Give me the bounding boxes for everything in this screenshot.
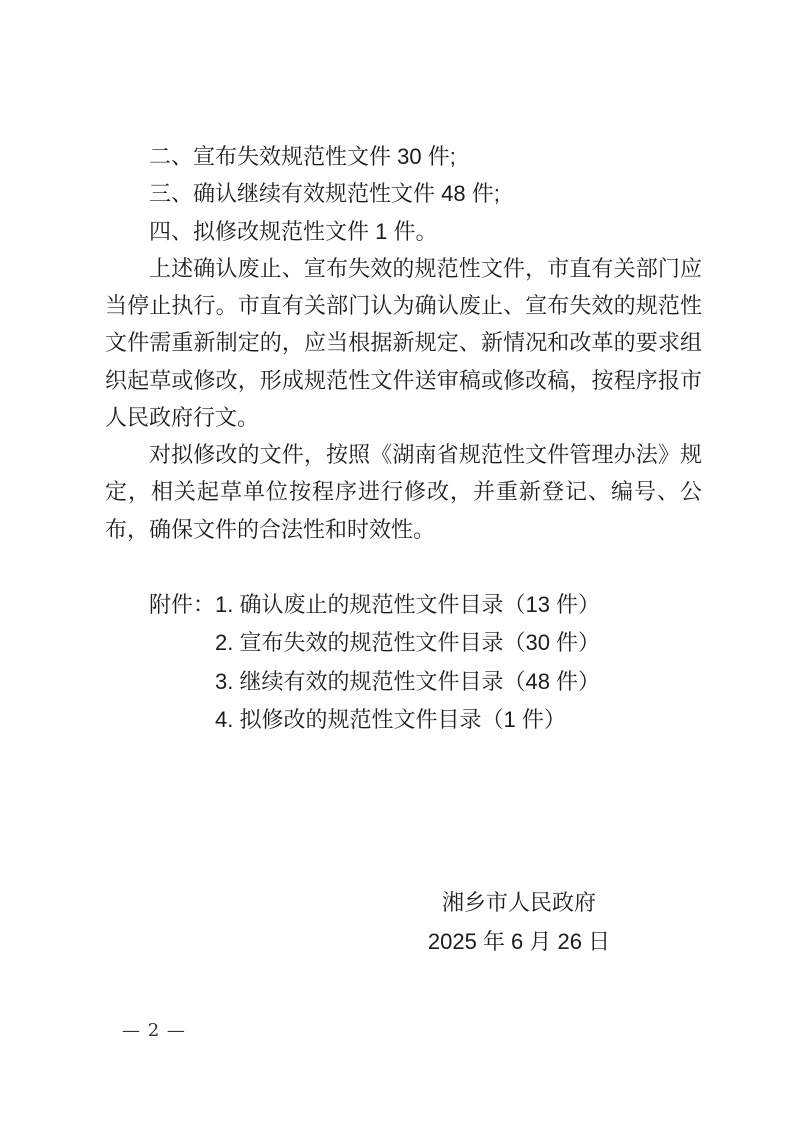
paragraph-amendment-procedure: 对拟修改的文件，按照《湖南省规范性文件管理办法》规定，相关起草单位按程序进行修改…: [105, 436, 702, 548]
issuer-name: 湘乡市人民政府: [244, 884, 794, 923]
attachment-item-2: 2. 宣布失效的规范性文件目录（30 件）: [215, 624, 702, 663]
list-item-confirm-valid: 三、确认继续有效规范性文件 48 件;: [105, 175, 702, 212]
list-item-to-amend: 四、拟修改规范性文件 1 件。: [105, 213, 702, 250]
attachment-item-1: 1. 确认废止的规范性文件目录（13 件）: [215, 586, 702, 625]
paragraph-enforcement: 上述确认废止、宣布失效的规范性文件，市直有关部门应当停止执行。市直有关部门认为确…: [105, 250, 702, 436]
document-page: 二、宣布失效规范性文件 30 件; 三、确认继续有效规范性文件 48 件; 四、…: [0, 0, 794, 1122]
attachment-item-4: 4. 拟修改的规范性文件目录（1 件）: [215, 701, 702, 740]
document-body: 二、宣布失效规范性文件 30 件; 三、确认继续有效规范性文件 48 件; 四、…: [105, 138, 702, 740]
page-number: — 2 —: [122, 1020, 186, 1041]
attachment-item-3: 3. 继续有效的规范性文件目录（48 件）: [215, 663, 702, 702]
attachments-label: 附件：: [149, 586, 215, 625]
attachments-block: 附件： 1. 确认废止的规范性文件目录（13 件） 2. 宣布失效的规范性文件目…: [105, 586, 702, 740]
issue-date: 2025 年 6 月 26 日: [244, 923, 794, 962]
signature-block: 湘乡市人民政府 2025 年 6 月 26 日: [244, 884, 794, 961]
list-item-declare-invalid: 二、宣布失效规范性文件 30 件;: [105, 138, 702, 175]
